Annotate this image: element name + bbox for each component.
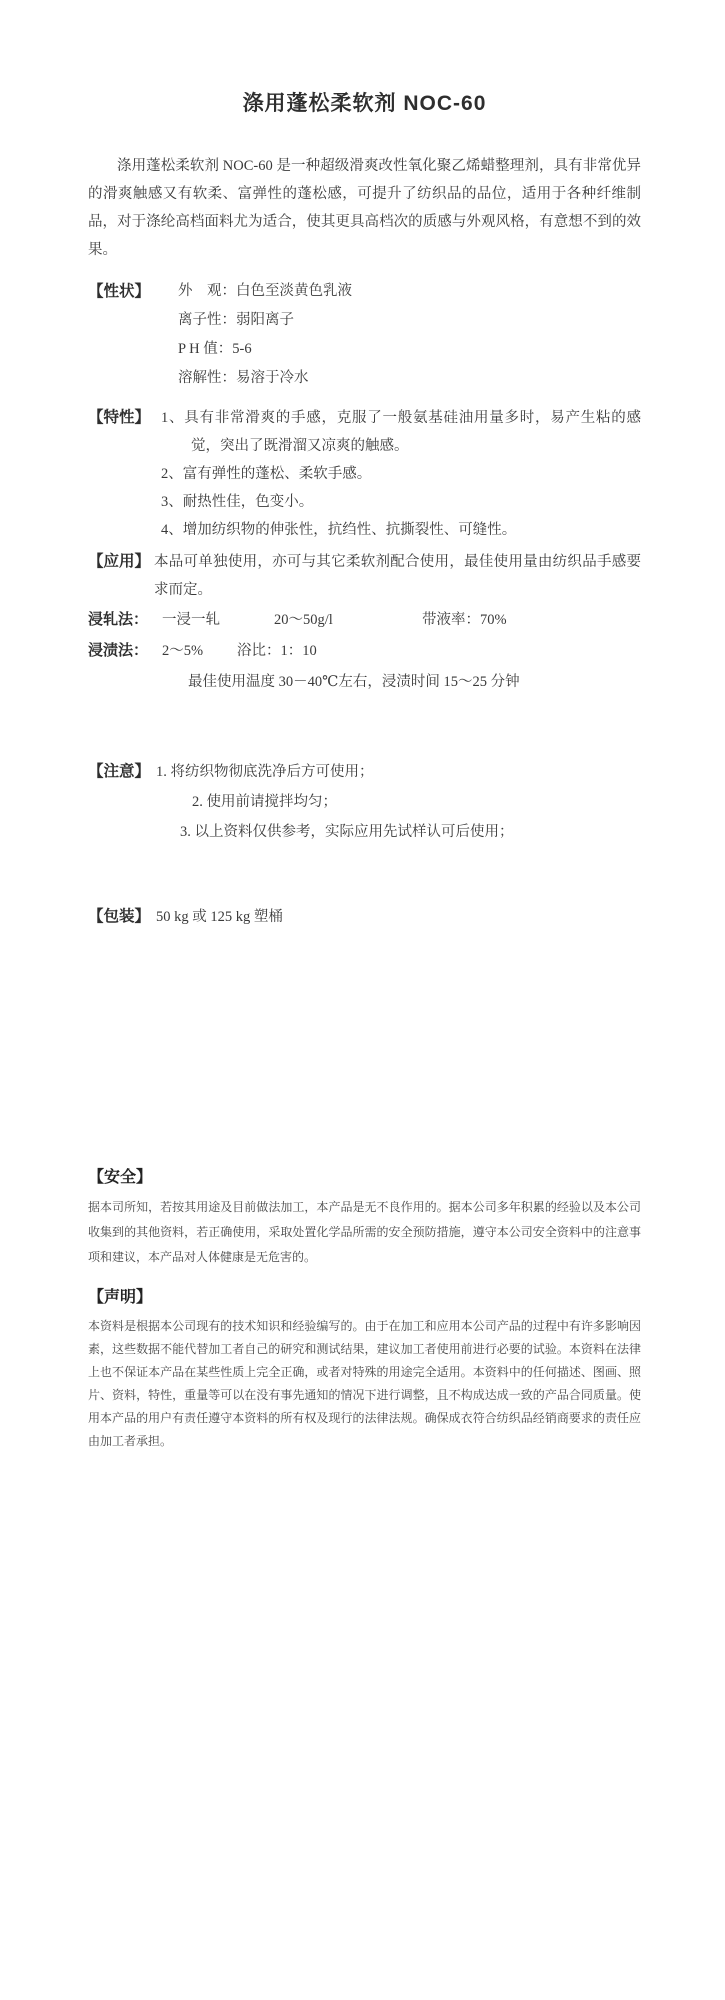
notice-row-1: 【注意】 1. 将纺织物彻底洗净后方可使用； [88, 757, 641, 787]
product-datasheet-page: 涤用蓬松柔软剂 NOC-60 涤用蓬松柔软剂 NOC-60 是一种超级滑爽改性氧… [0, 0, 725, 2000]
feature-item-3: 3、耐热性佳，色变小。 [161, 488, 641, 516]
application-label: 【应用】 [88, 548, 150, 576]
property-ph: P H 值：5-6 [178, 335, 352, 364]
notice-label: 【注意】 [88, 757, 150, 787]
notice-item-1: 1. 将纺织物彻底洗净后方可使用； [156, 757, 374, 787]
packaging-text: 50 kg 或 125 kg 塑桶 [156, 902, 283, 932]
statement-heading: 【声明】 [88, 1285, 641, 1311]
dipping-method-line: 浸渍法：2～5%浴比：1：10 [88, 636, 641, 666]
page-title: 涤用蓬松柔软剂 NOC-60 [88, 0, 641, 120]
usage-conditions: 最佳使用温度 30－40℃左右，浸渍时间 15～25 分钟 [88, 667, 641, 697]
property-appearance: 外 观：白色至淡黄色乳液 [178, 277, 352, 306]
padding-method-line: 浸轧法：一浸一轧20～50g/l带液率：70% [88, 605, 641, 635]
intro-paragraph: 涤用蓬松柔软剂 NOC-60 是一种超级滑爽改性氧化聚乙烯蜡整理剂，具有非常优异… [88, 152, 641, 264]
property-ionicity: 离子性：弱阳离子 [178, 306, 352, 335]
feature-item-4: 4、增加纺织物的伸张性，抗绉性、抗撕裂性、可缝性。 [161, 516, 641, 544]
section-application: 【应用】 本品可单独使用，亦可与其它柔软剂配合使用，最佳使用量由纺织品手感要求而… [88, 548, 641, 604]
properties-label: 【性状】 [88, 277, 178, 306]
safety-paragraph: 据本司所知，若按其用途及目前做法加工，本产品是无不良作用的。据本公司多年积累的经… [88, 1195, 641, 1270]
padding-method-pickup: 带液率：70% [422, 612, 507, 628]
features-label: 【特性】 [88, 404, 161, 432]
notice-item-3: 3. 以上资料仅供参考，实际应用先试样认可后使用； [180, 817, 641, 847]
safety-heading: 【安全】 [88, 1165, 641, 1191]
packaging-label: 【包装】 [88, 902, 150, 932]
section-properties: 【性状】 外 观：白色至淡黄色乳液 离子性：弱阳离子 P H 值：5-6 溶解性… [88, 277, 641, 393]
properties-list: 外 观：白色至淡黄色乳液 离子性：弱阳离子 P H 值：5-6 溶解性：易溶于冷… [178, 277, 352, 393]
page-content: 涤用蓬松柔软剂 NOC-60 涤用蓬松柔软剂 NOC-60 是一种超级滑爽改性氧… [0, 0, 725, 1453]
padding-method-process: 一浸一轧 [162, 605, 274, 635]
dipping-method-label: 浸渍法： [88, 642, 148, 659]
features-list: 1、具有非常滑爽的手感，克服了一般氨基硅油用量多时，易产生粘的感觉，突出了既滑溜… [161, 404, 641, 544]
feature-item-1: 1、具有非常滑爽的手感，克服了一般氨基硅油用量多时，易产生粘的感觉，突出了既滑溜… [161, 404, 641, 460]
dipping-method-dosage: 2～5% [162, 636, 237, 666]
padding-method-dosage: 20～50g/l [274, 605, 422, 635]
feature-item-2: 2、富有弹性的蓬松、柔软手感。 [161, 460, 641, 488]
section-notice: 【注意】 1. 将纺织物彻底洗净后方可使用； 2. 使用前请搅拌均匀； 3. 以… [88, 757, 641, 847]
statement-paragraph: 本资料是根据本公司现有的技术知识和经验编写的。由于在加工和应用本公司产品的过程中… [88, 1315, 641, 1453]
dipping-method-ratio: 浴比：1：10 [237, 643, 317, 659]
padding-method-label: 浸轧法： [88, 611, 148, 628]
property-solubility: 溶解性：易溶于冷水 [178, 364, 352, 393]
section-features: 【特性】 1、具有非常滑爽的手感，克服了一般氨基硅油用量多时，易产生粘的感觉，突… [88, 404, 641, 544]
notice-item-2: 2. 使用前请搅拌均匀； [192, 787, 641, 817]
section-packaging: 【包装】 50 kg 或 125 kg 塑桶 [88, 902, 641, 932]
application-text: 本品可单独使用，亦可与其它柔软剂配合使用，最佳使用量由纺织品手感要求而定。 [154, 548, 641, 604]
